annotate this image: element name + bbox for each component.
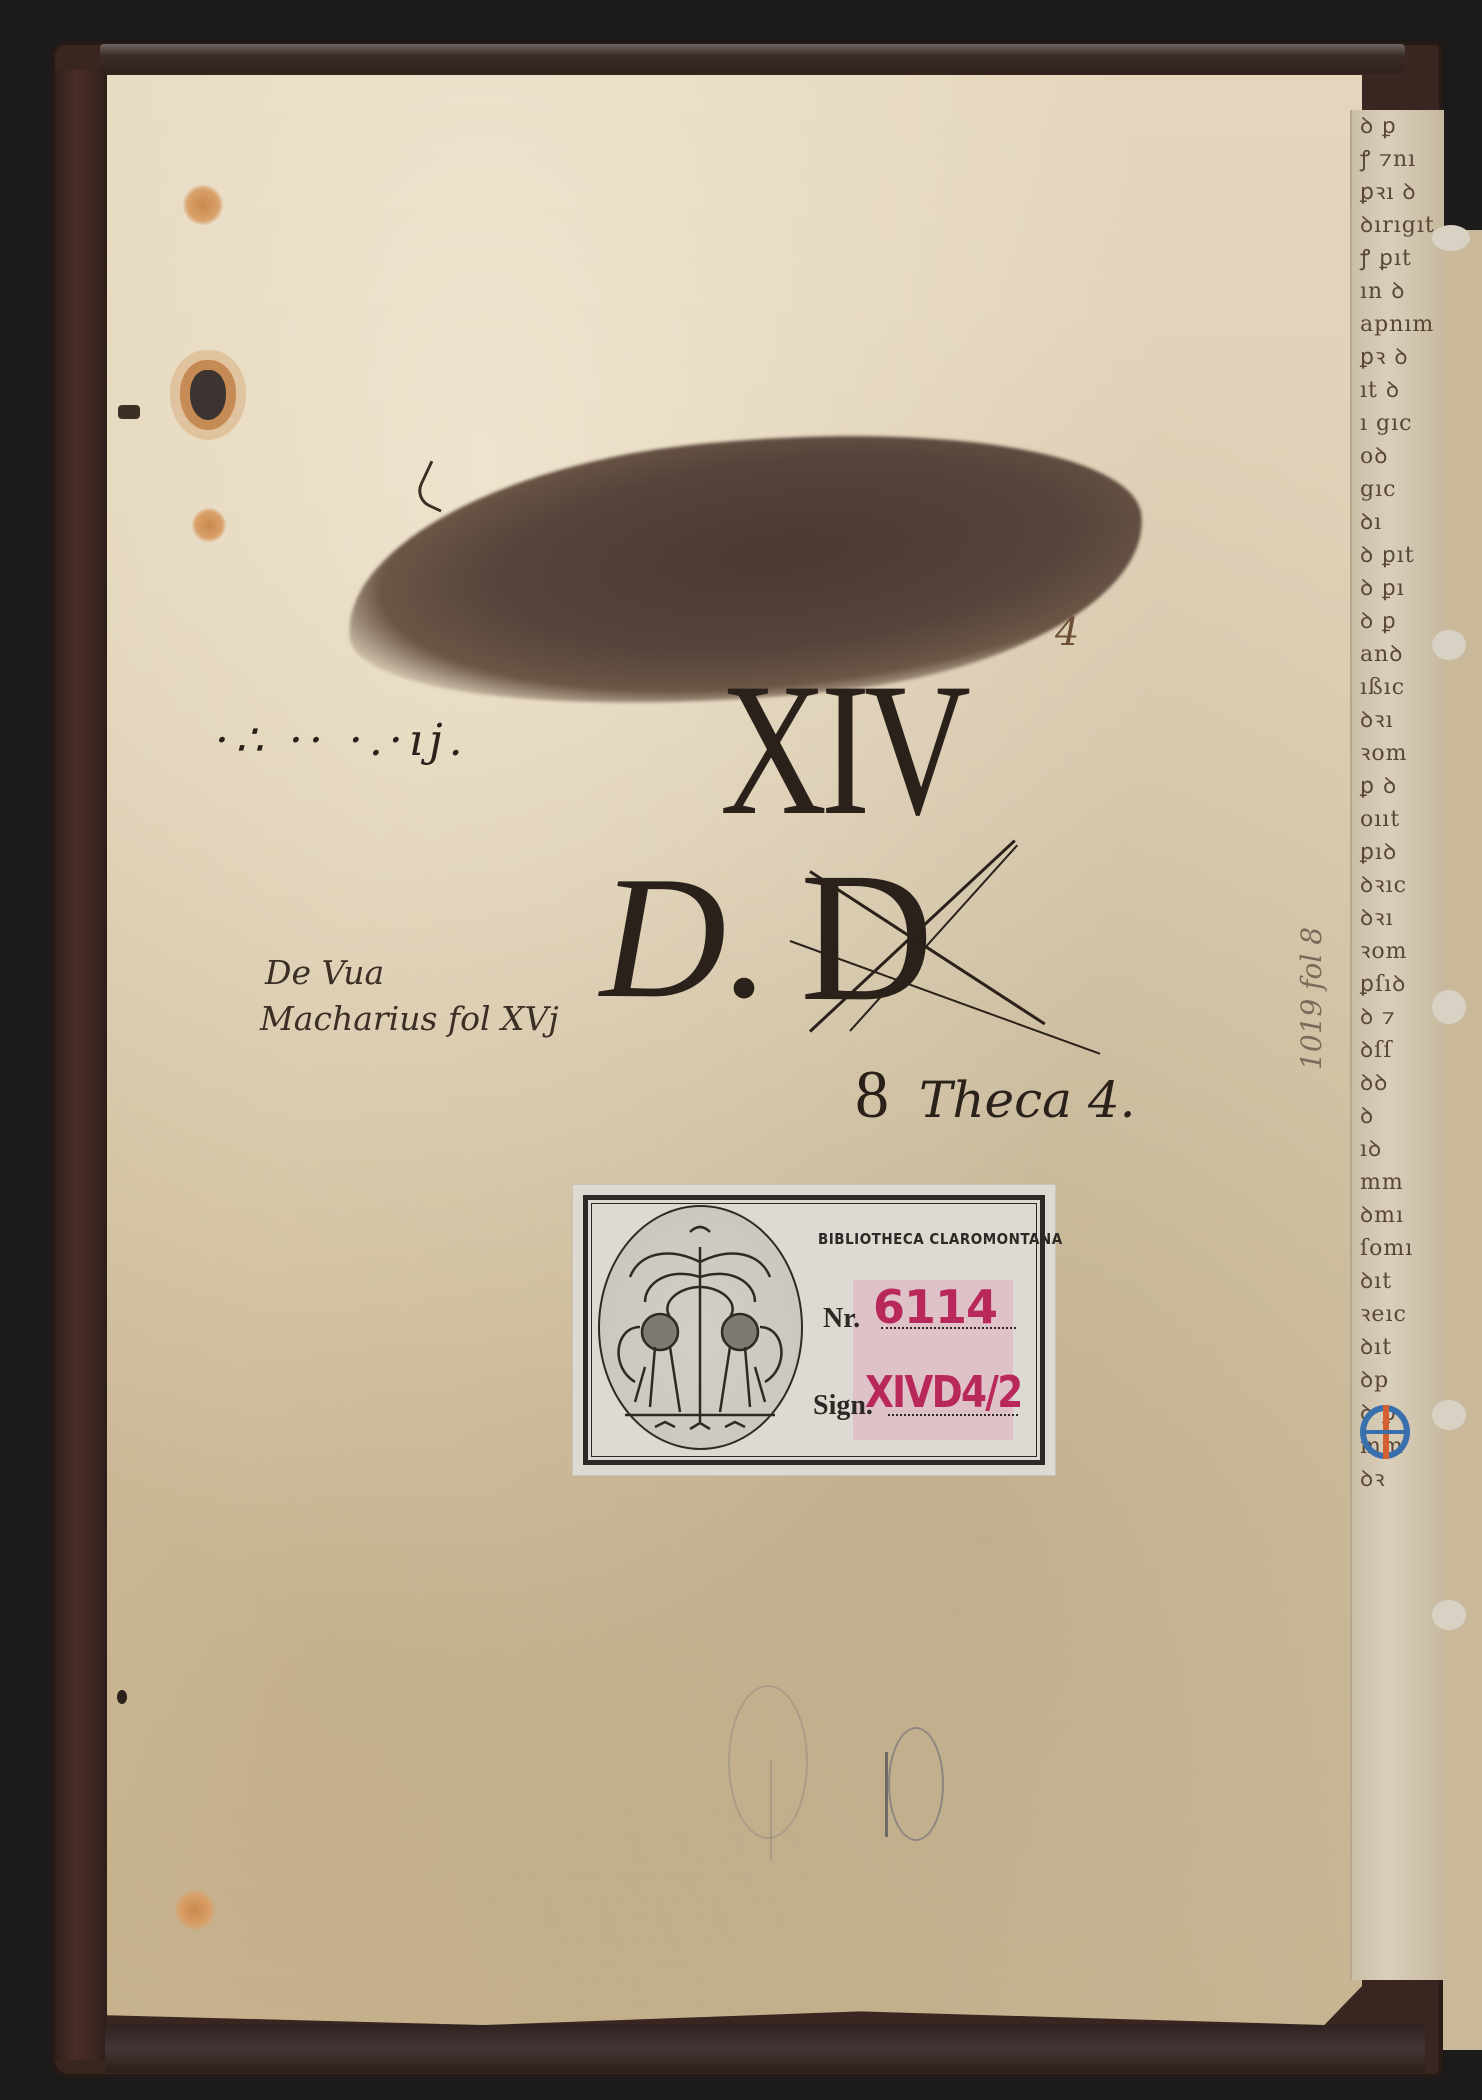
content-note: De Vua Macharius fol XVj — [260, 950, 559, 1042]
fragment-line: ꝑſıꝺ — [1352, 968, 1444, 1001]
library-name: BIBLIOTHECA CLAROMONTANA — [818, 1230, 1063, 1248]
pencil-stroke — [770, 1760, 772, 1860]
fragment-line: ꝺꝛı — [1352, 902, 1444, 935]
fragment-line: ꝺꝺ — [1352, 1067, 1444, 1100]
sewing-thread — [1432, 990, 1466, 1024]
fragment-line: ın ꝺ — [1352, 275, 1444, 308]
shelf-number: 8 — [855, 1056, 889, 1132]
fragment-line: apnım — [1352, 308, 1444, 341]
fragment-line: ꝺꝛıc — [1352, 869, 1444, 902]
sign-label: Sign. — [813, 1390, 873, 1422]
fragment-line: anꝺ — [1352, 638, 1444, 671]
sewing-thread — [1432, 630, 1466, 660]
fragment-line: ꝑꝛ ꝺ — [1352, 341, 1444, 374]
fragment-line: ꝑ ꝺ — [1352, 770, 1444, 803]
smear-digit: 4 — [1055, 610, 1079, 654]
fragment-line: gıc — [1352, 473, 1444, 506]
fragment-line: ꝺmı — [1352, 1199, 1444, 1232]
manuscript-spine-fragment: ꝺ ꝑ ꝭ ⁊nı ꝑꝛı ꝺ ꝺırıgıt ꝭ ꝑıt ın ꝺ apnım… — [1350, 110, 1444, 1980]
fragment-line: ꝑıꝺ — [1352, 836, 1444, 869]
accession-number: 6114 — [873, 1280, 997, 1334]
fragment-line: ıꝺ — [1352, 1133, 1444, 1166]
sewing-thread — [1432, 1600, 1466, 1630]
fragment-line: ꝺıt — [1352, 1331, 1444, 1364]
library-bookplate-label: BIBLIOTHECA CLAROMONTANA Nr. 6114 Sign. … — [573, 1185, 1055, 1475]
shelf-mark: 8Theca 4. — [855, 1055, 1136, 1134]
fragment-line: ıßıc — [1352, 671, 1444, 704]
fragment-line: ꝺ — [1352, 1100, 1444, 1133]
foxing-stain — [175, 1890, 215, 1930]
pencil-mark-r — [728, 1685, 808, 1839]
fragment-line: oꝺ — [1352, 440, 1444, 473]
fragment-line: ſomı — [1352, 1232, 1444, 1265]
foxing-stain — [183, 185, 223, 225]
fragment-line: ꝺ ⁊ — [1352, 1001, 1444, 1034]
note-line-2: Macharius fol XVj — [260, 996, 559, 1042]
leather-left-edge — [55, 70, 107, 2060]
fragment-line: ꝺp — [1352, 1364, 1444, 1397]
fragment-line: ꝭ ꝑıt — [1352, 242, 1444, 275]
fragment-line: ꝺꝛ — [1352, 1463, 1444, 1496]
fragment-line: ꝺꝛı — [1352, 704, 1444, 737]
pressmark-numeral: XIV — [720, 655, 965, 845]
fragment-line: ꝺ ꝑ — [1352, 605, 1444, 638]
nr-label: Nr. — [823, 1303, 860, 1335]
nail-stub — [118, 405, 140, 419]
foxing-stain — [192, 508, 226, 542]
fragment-line: ꝛeıc — [1352, 1298, 1444, 1331]
pencil-stroke — [885, 1752, 888, 1837]
fragment-line: ıt ꝺ — [1352, 374, 1444, 407]
fragment-line: ꝺ ꝑı — [1352, 572, 1444, 605]
pressmark-letter: D. — [600, 850, 770, 1025]
fragment-line: ꝛom — [1352, 737, 1444, 770]
fragment-line: ꝺı — [1352, 506, 1444, 539]
side-pencil-note: 1019 fol 8 — [1295, 927, 1328, 1070]
fragment-line: mm — [1352, 1166, 1444, 1199]
worm-hole — [117, 1690, 127, 1704]
dotted-inscription: ·∴ ·· ·.·ıj. — [215, 715, 469, 766]
fragment-line: ı gıc — [1352, 407, 1444, 440]
sewing-thread — [1432, 225, 1470, 251]
decorated-initial-icon — [1360, 1405, 1410, 1459]
leather-bottom-edge — [105, 2025, 1425, 2073]
lions-palm-seal-icon — [598, 1205, 803, 1450]
fragment-line: ꝑꝛı ꝺ — [1352, 176, 1444, 209]
leather-top-edge — [100, 44, 1405, 74]
fragment-line: ꝺırıgıt — [1352, 209, 1444, 242]
fragment-line: ꝺſſ — [1352, 1034, 1444, 1067]
fragment-line: ꝺıt — [1352, 1265, 1444, 1298]
sewing-thread — [1432, 1400, 1466, 1430]
fragment-line: oııt — [1352, 803, 1444, 836]
adjacent-leaf-edge — [1440, 230, 1482, 2050]
fragment-line: ꝛom — [1352, 935, 1444, 968]
pencil-mark-d — [888, 1727, 944, 1841]
fragment-line: ꝺ ꝑıt — [1352, 539, 1444, 572]
shelf-signature: XIVD4/2 — [865, 1367, 1022, 1418]
note-line-1: De Vua — [260, 950, 559, 996]
nail-hole-stain — [190, 370, 226, 420]
fragment-line: ꝺ ꝑ — [1352, 110, 1444, 143]
theca-text: Theca 4. — [919, 1071, 1136, 1129]
fragment-line: ꝭ ⁊nı — [1352, 143, 1444, 176]
